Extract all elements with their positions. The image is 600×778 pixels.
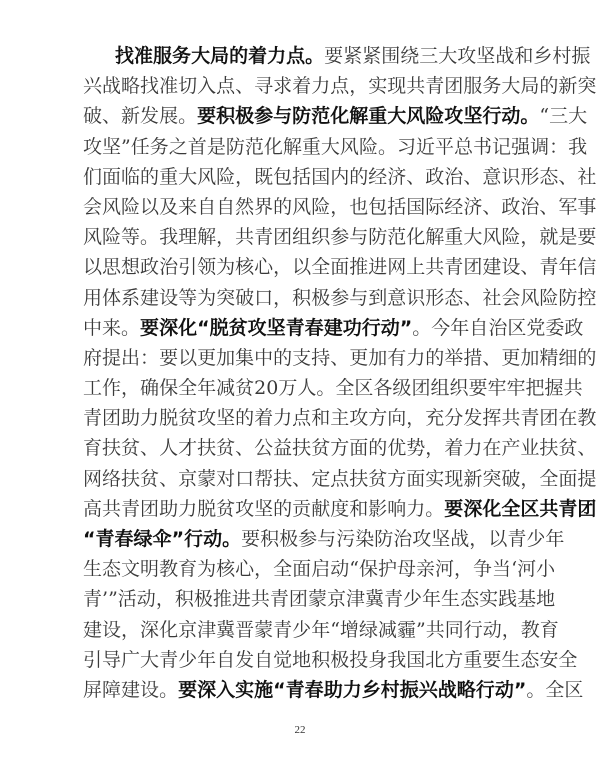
text-line: 会风险以及来自自然界的风险，也包括国际经济、政治、军事 bbox=[83, 192, 513, 222]
text-line: 攻坚”任务之首是防范化解重大风险。习近平总书记强调：我 bbox=[83, 132, 513, 162]
page-number: 22 bbox=[0, 724, 600, 736]
text-line: 用体系建设等为突破口，积极参与到意识形态、社会风险防控 bbox=[83, 283, 513, 313]
text-line: 兴战略找准切入点、寻求着力点，实现共青团服务大局的新突 bbox=[83, 71, 513, 101]
text-line: 找准服务大局的着力点。要紧紧围绕三大攻坚战和乡村振 bbox=[83, 41, 513, 71]
text-line: 府提出：要以更加集中的支持、更加有力的举措、更加精细的 bbox=[83, 343, 513, 373]
text-line: 青’”活动，积极推进共青团蒙京津冀青少年生态实践基地 bbox=[83, 584, 513, 614]
text-line: 屏障建设。要深入实施“青春助力乡村振兴战略行动”。全区 bbox=[83, 675, 513, 705]
text-line: 高共青团助力脱贫攻坚的贡献度和影响力。要深化全区共青团 bbox=[83, 494, 513, 524]
text-line: 风险等。我理解，共青团组织参与防范化解重大风险，就是要 bbox=[83, 222, 513, 252]
document-page: 找准服务大局的着力点。要紧紧围绕三大攻坚战和乡村振兴战略找准切入点、寻求着力点，… bbox=[0, 0, 600, 778]
text-line: 中来。要深化“脱贫攻坚青春建功行动”。今年自治区党委政 bbox=[83, 313, 513, 343]
text-line: “青春绿伞”行动。要积极参与污染防治攻坚战，以青少年 bbox=[83, 524, 513, 554]
text-line: 青团助力脱贫攻坚的着力点和主攻方向，充分发挥共青团在教 bbox=[83, 403, 513, 433]
text-line: 们面临的重大风险，既包括国内的经济、政治、意识形态、社 bbox=[83, 162, 513, 192]
text-line: 生态文明教育为核心，全面启动“保护母亲河，争当‘河小 bbox=[83, 554, 513, 584]
text-line: 建设，深化京津冀晋蒙青少年“增绿减霾”共同行动，教育 bbox=[83, 615, 513, 645]
text-line: 网络扶贫、京蒙对口帮扶、定点扶贫方面实现新突破，全面提 bbox=[83, 464, 513, 494]
text-line: 育扶贫、人才扶贫、公益扶贫方面的优势，着力在产业扶贫、 bbox=[83, 433, 513, 463]
text-line: 破、新发展。要积极参与防范化解重大风险攻坚行动。“三大 bbox=[83, 101, 513, 131]
text-line: 以思想政治引领为核心，以全面推进网上共青团建设、青年信 bbox=[83, 252, 513, 282]
text-line: 引导广大青少年自发自觉地积极投身我国北方重要生态安全 bbox=[83, 645, 513, 675]
body-paragraph: 找准服务大局的着力点。要紧紧围绕三大攻坚战和乡村振兴战略找准切入点、寻求着力点，… bbox=[83, 41, 513, 705]
text-line: 工作，确保全年减贫20万人。全区各级团组织要牢牢把握共 bbox=[83, 373, 513, 403]
